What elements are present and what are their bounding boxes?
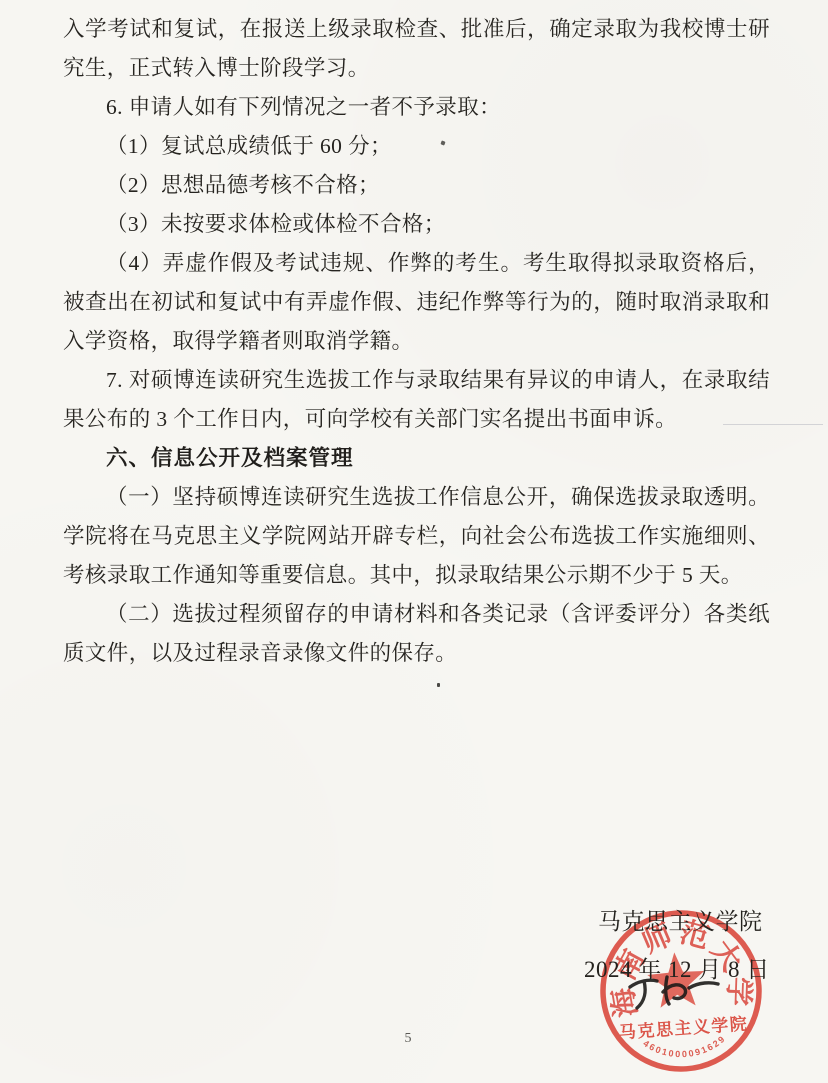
- scan-speck: [437, 683, 440, 687]
- list-item: （2）思想品德考核不合格；: [63, 166, 770, 205]
- handwritten-signature: [622, 970, 722, 1015]
- list-item: （1）复试总成绩低于 60 分；: [63, 127, 770, 166]
- paragraph: 6. 申请人如有下列情况之一者不予录取：: [63, 88, 770, 127]
- page-number: 5: [398, 1031, 418, 1047]
- document-body: 入学考试和复试，在报送上级录取检查、批准后，确定录取为我校博士研究生，正式转入博…: [63, 10, 770, 673]
- paragraph: 入学考试和复试，在报送上级录取检查、批准后，确定录取为我校博士研究生，正式转入博…: [63, 10, 770, 88]
- signature-org: 马克思主义学院: [598, 903, 763, 936]
- list-item: （4）弄虚作假及考试违规、作弊的考生。考生取得拟录取资格后，被查出在初试和复试中…: [63, 244, 770, 361]
- paragraph: （二）选拔过程须留存的申请材料和各类记录（含评委评分）各类纸质文件，以及过程录音…: [63, 595, 770, 673]
- paragraph: （一）坚持硕博连读研究生选拔工作信息公开，确保选拔录取透明。学院将在马克思主义学…: [63, 478, 770, 595]
- scan-artifact-line: [723, 424, 823, 425]
- document-page: 入学考试和复试，在报送上级录取检查、批准后，确定录取为我校博士研究生，正式转入博…: [0, 0, 828, 1083]
- section-heading: 六、信息公开及档案管理: [63, 439, 770, 478]
- paragraph: 7. 对硕博连读研究生选拔工作与录取结果有异议的申请人，在录取结果公布的 3 个…: [63, 361, 770, 439]
- list-item: （3）未按要求体检或体检不合格；: [63, 205, 770, 244]
- seal-college-name: 马克思主义学院: [618, 1013, 749, 1042]
